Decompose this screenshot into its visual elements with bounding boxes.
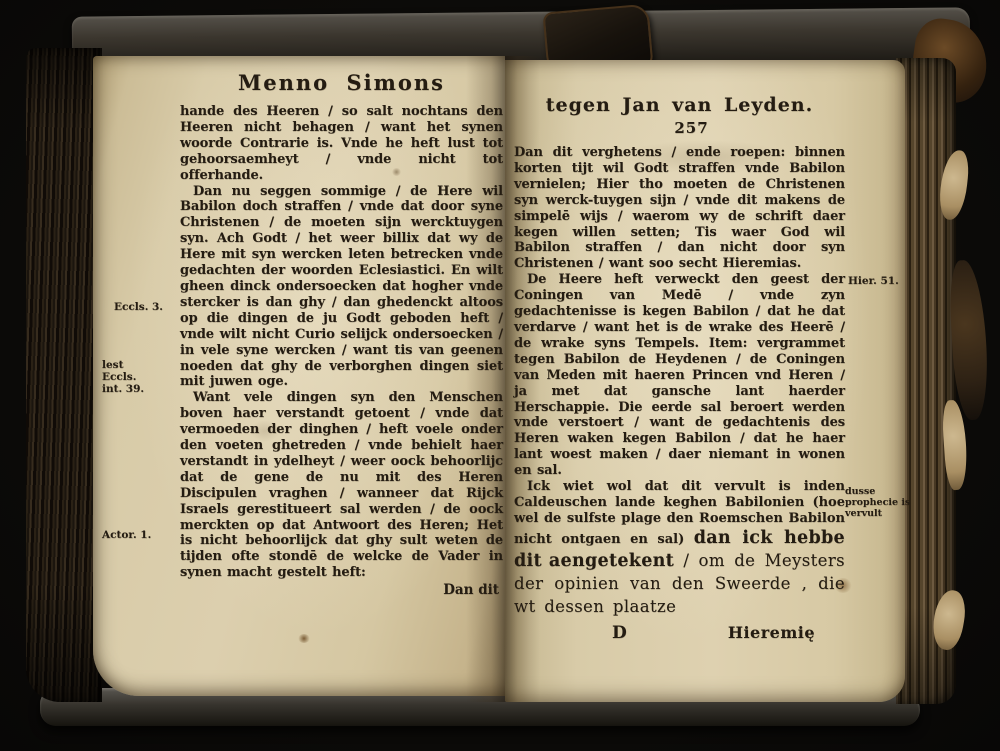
margin-note-prophecy-fulfilled: dusse prophecie is vervult bbox=[845, 486, 911, 519]
margin-note-jeremiah-51: Hier. 51. bbox=[848, 275, 908, 287]
left-paragraph: hande des Heeren / so salt nochtans den … bbox=[180, 104, 503, 184]
left-running-header: Menno Simons bbox=[180, 70, 503, 95]
left-body-copy: hande des Heeren / so salt nochtans den … bbox=[180, 104, 503, 581]
page-number: 257 bbox=[674, 119, 708, 137]
margin-note-acts-1: Actor. 1. bbox=[102, 529, 168, 541]
left-paragraph: Want vele dingen syn den Menschen boven … bbox=[180, 390, 503, 581]
margin-note-ecclus-39: lest Eccls. int. 39. bbox=[102, 359, 160, 395]
left-page-text-block: Menno Simons hande des Heeren / so salt … bbox=[180, 70, 503, 598]
left-catchword: Dan dit bbox=[180, 582, 503, 598]
signature-line: D Hieremię bbox=[514, 623, 845, 643]
gathering-signature-mark: D bbox=[612, 623, 627, 643]
right-header-title: tegen Jan van Leyden. bbox=[546, 94, 813, 116]
right-paragraph: De Heere heft verweckt den geest der Con… bbox=[514, 272, 845, 479]
left-paragraph: Dan nu seggen sommige / de Here wil Babi… bbox=[180, 184, 503, 391]
book-photo: Menno Simons hande des Heeren / so salt … bbox=[0, 0, 1000, 751]
right-page-text-block: tegen Jan van Leyden. 257 Dan dit verghe… bbox=[514, 94, 845, 643]
right-running-header: tegen Jan van Leyden. 257 bbox=[514, 94, 845, 138]
right-paragraph: Dan dit verghetens / ende roepen: binnen… bbox=[514, 145, 845, 272]
right-catchword: Hieremię bbox=[728, 623, 815, 642]
left-stacked-page-edges bbox=[26, 48, 102, 702]
margin-note-ecclus-3: Eccls. 3. bbox=[114, 301, 178, 313]
right-final-paragraph: Ick wiet wol dat dit vervult is inden Ca… bbox=[514, 479, 845, 618]
right-body-copy: Dan dit verghetens / ende roepen: binnen… bbox=[514, 145, 845, 479]
